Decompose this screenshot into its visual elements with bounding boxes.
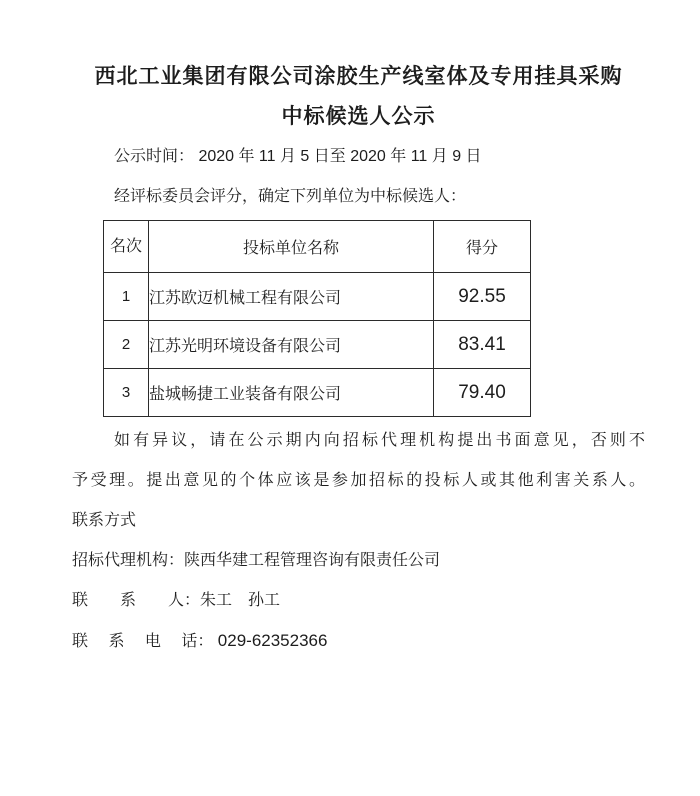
agency-label: 招标代理机构： xyxy=(72,552,184,569)
person-label: 联 系 人： xyxy=(72,592,200,609)
rank-cell: 3 xyxy=(104,369,149,417)
objection-line-2: 予受理。提出意见的个体应该是参加招标的投标人或其他利害关系人。 xyxy=(72,461,645,501)
objection-line-1: 如有异议，请在公示期内向招标代理机构提出书面意见，否则不 xyxy=(72,421,645,461)
table-header-row: 名次 投标单位名称 得分 xyxy=(104,221,531,273)
contact-person-line: 联 系 人：朱工 孙工 xyxy=(72,581,645,621)
company-cell: 江苏光明环境设备有限公司 xyxy=(149,321,434,369)
agency-line: 招标代理机构：陕西华建工程管理咨询有限责任公司 xyxy=(72,541,645,581)
evaluation-note-line: 经评标委员会评分，确定下列单位为中标候选人： xyxy=(72,177,645,217)
agency-name: 陕西华建工程管理咨询有限责任公司 xyxy=(184,552,440,569)
col-header-score: 得分 xyxy=(434,221,531,273)
company-cell: 盐城畅捷工业装备有限公司 xyxy=(149,369,434,417)
publicity-period-line: 公示时间： 2020 年 11 月 5 日至 2020 年 11 月 9 日 xyxy=(72,137,645,177)
page-title-line1: 西北工业集团有限公司涂胶生产线室体及专用挂具采购 xyxy=(72,57,645,97)
phone-number: 029-62352366 xyxy=(218,631,328,650)
col-header-company: 投标单位名称 xyxy=(149,221,434,273)
table-row: 2 江苏光明环境设备有限公司 83.41 xyxy=(104,321,531,369)
company-cell: 江苏欧迈机械工程有限公司 xyxy=(149,273,434,321)
score-cell: 92.55 xyxy=(434,273,531,321)
person-names: 朱工 孙工 xyxy=(200,592,280,609)
score-cell: 79.40 xyxy=(434,369,531,417)
table-row: 3 盐城畅捷工业装备有限公司 79.40 xyxy=(104,369,531,417)
candidates-table: 名次 投标单位名称 得分 1 江苏欧迈机械工程有限公司 92.55 2 江苏光明… xyxy=(103,220,531,417)
document-page: 西北工业集团有限公司涂胶生产线室体及专用挂具采购 中标候选人公示 公示时间： 2… xyxy=(0,0,700,796)
col-header-rank: 名次 xyxy=(104,221,149,273)
rank-cell: 1 xyxy=(104,273,149,321)
table-row: 1 江苏欧迈机械工程有限公司 92.55 xyxy=(104,273,531,321)
phone-line: 联 系 电 话： 029-62352366 xyxy=(72,621,645,662)
contact-heading: 联系方式 xyxy=(72,501,645,541)
score-cell: 83.41 xyxy=(434,321,531,369)
page-title-line2: 中标候选人公示 xyxy=(72,97,645,137)
page-title: 西北工业集团有限公司涂胶生产线室体及专用挂具采购 中标候选人公示 xyxy=(72,57,645,137)
objection-paragraph: 如有异议，请在公示期内向招标代理机构提出书面意见，否则不 予受理。提出意见的个体… xyxy=(72,421,645,501)
rank-cell: 2 xyxy=(104,321,149,369)
phone-label: 联 系 电 话： xyxy=(72,633,218,650)
